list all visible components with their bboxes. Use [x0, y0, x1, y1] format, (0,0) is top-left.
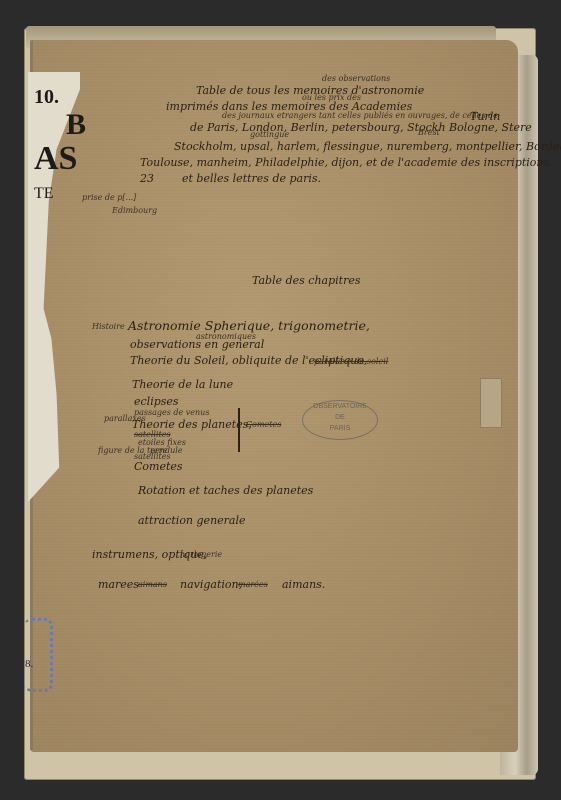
- struck-text: parallaxe du soleil: [314, 357, 388, 366]
- chapters-title: Table des chapitres: [252, 274, 361, 287]
- header-line: et belles lettres de paris.: [182, 172, 321, 185]
- header-line: Stockholm, upsal, harlem, flessingue, nu…: [174, 140, 561, 153]
- insert-text: des observations: [322, 74, 390, 83]
- blue-octagon-stamp: [24, 618, 53, 692]
- label-letters-2: AS: [34, 140, 77, 178]
- chapter-line: marees: [98, 578, 139, 591]
- header-line: Toulouse, manheim, Philadelphie, dijon, …: [140, 156, 549, 169]
- insert-text: des journaux etrangers tant celles publi…: [222, 111, 498, 120]
- insert-text: Brest: [418, 128, 440, 137]
- observatoire-stamp: OBSERVATOIRE DE PARIS: [302, 400, 378, 440]
- label-letters-1: B: [66, 108, 86, 142]
- chapter-line: Cometes: [134, 460, 183, 473]
- chapter-line: Rotation et taches des planetes: [138, 484, 313, 497]
- label-number: 10.: [34, 86, 59, 109]
- chapter-line: aimans.: [282, 578, 325, 591]
- insert-text: gottingue: [250, 130, 289, 139]
- header-line: de Paris, London, Berlin, petersbourg, S…: [190, 121, 532, 134]
- torn-tab: [480, 378, 502, 428]
- struck-text: aimans: [138, 580, 167, 589]
- chapter-line: observations en general: [130, 338, 264, 351]
- chapter-line: Theorie de la lune: [132, 378, 233, 391]
- blue-stamp-digit: 8.: [25, 658, 33, 670]
- chapter-line: eclipses: [134, 395, 179, 408]
- chapter-line: Astronomie Spherique, trigonometrie,: [128, 318, 370, 333]
- margin-note: Histoire: [92, 322, 125, 331]
- struck-text: Cometes: [246, 420, 281, 429]
- chapter-line: attraction generale: [138, 514, 246, 527]
- stamp-line: DE: [303, 412, 377, 423]
- side-note-line: Edimbourg: [112, 206, 157, 215]
- side-note-line: prise de p[...]: [82, 193, 136, 202]
- stamp-line: PARIS: [303, 423, 377, 434]
- struck-text: marées: [238, 580, 268, 589]
- bracket-line: [238, 408, 240, 452]
- header-number: 23: [140, 172, 154, 185]
- insert-text: horlogerie: [180, 550, 222, 559]
- chapter-line: navigation,: [180, 578, 242, 591]
- label-letters-3: TE: [34, 185, 54, 203]
- stamp-line: OBSERVATOIRE: [303, 401, 377, 412]
